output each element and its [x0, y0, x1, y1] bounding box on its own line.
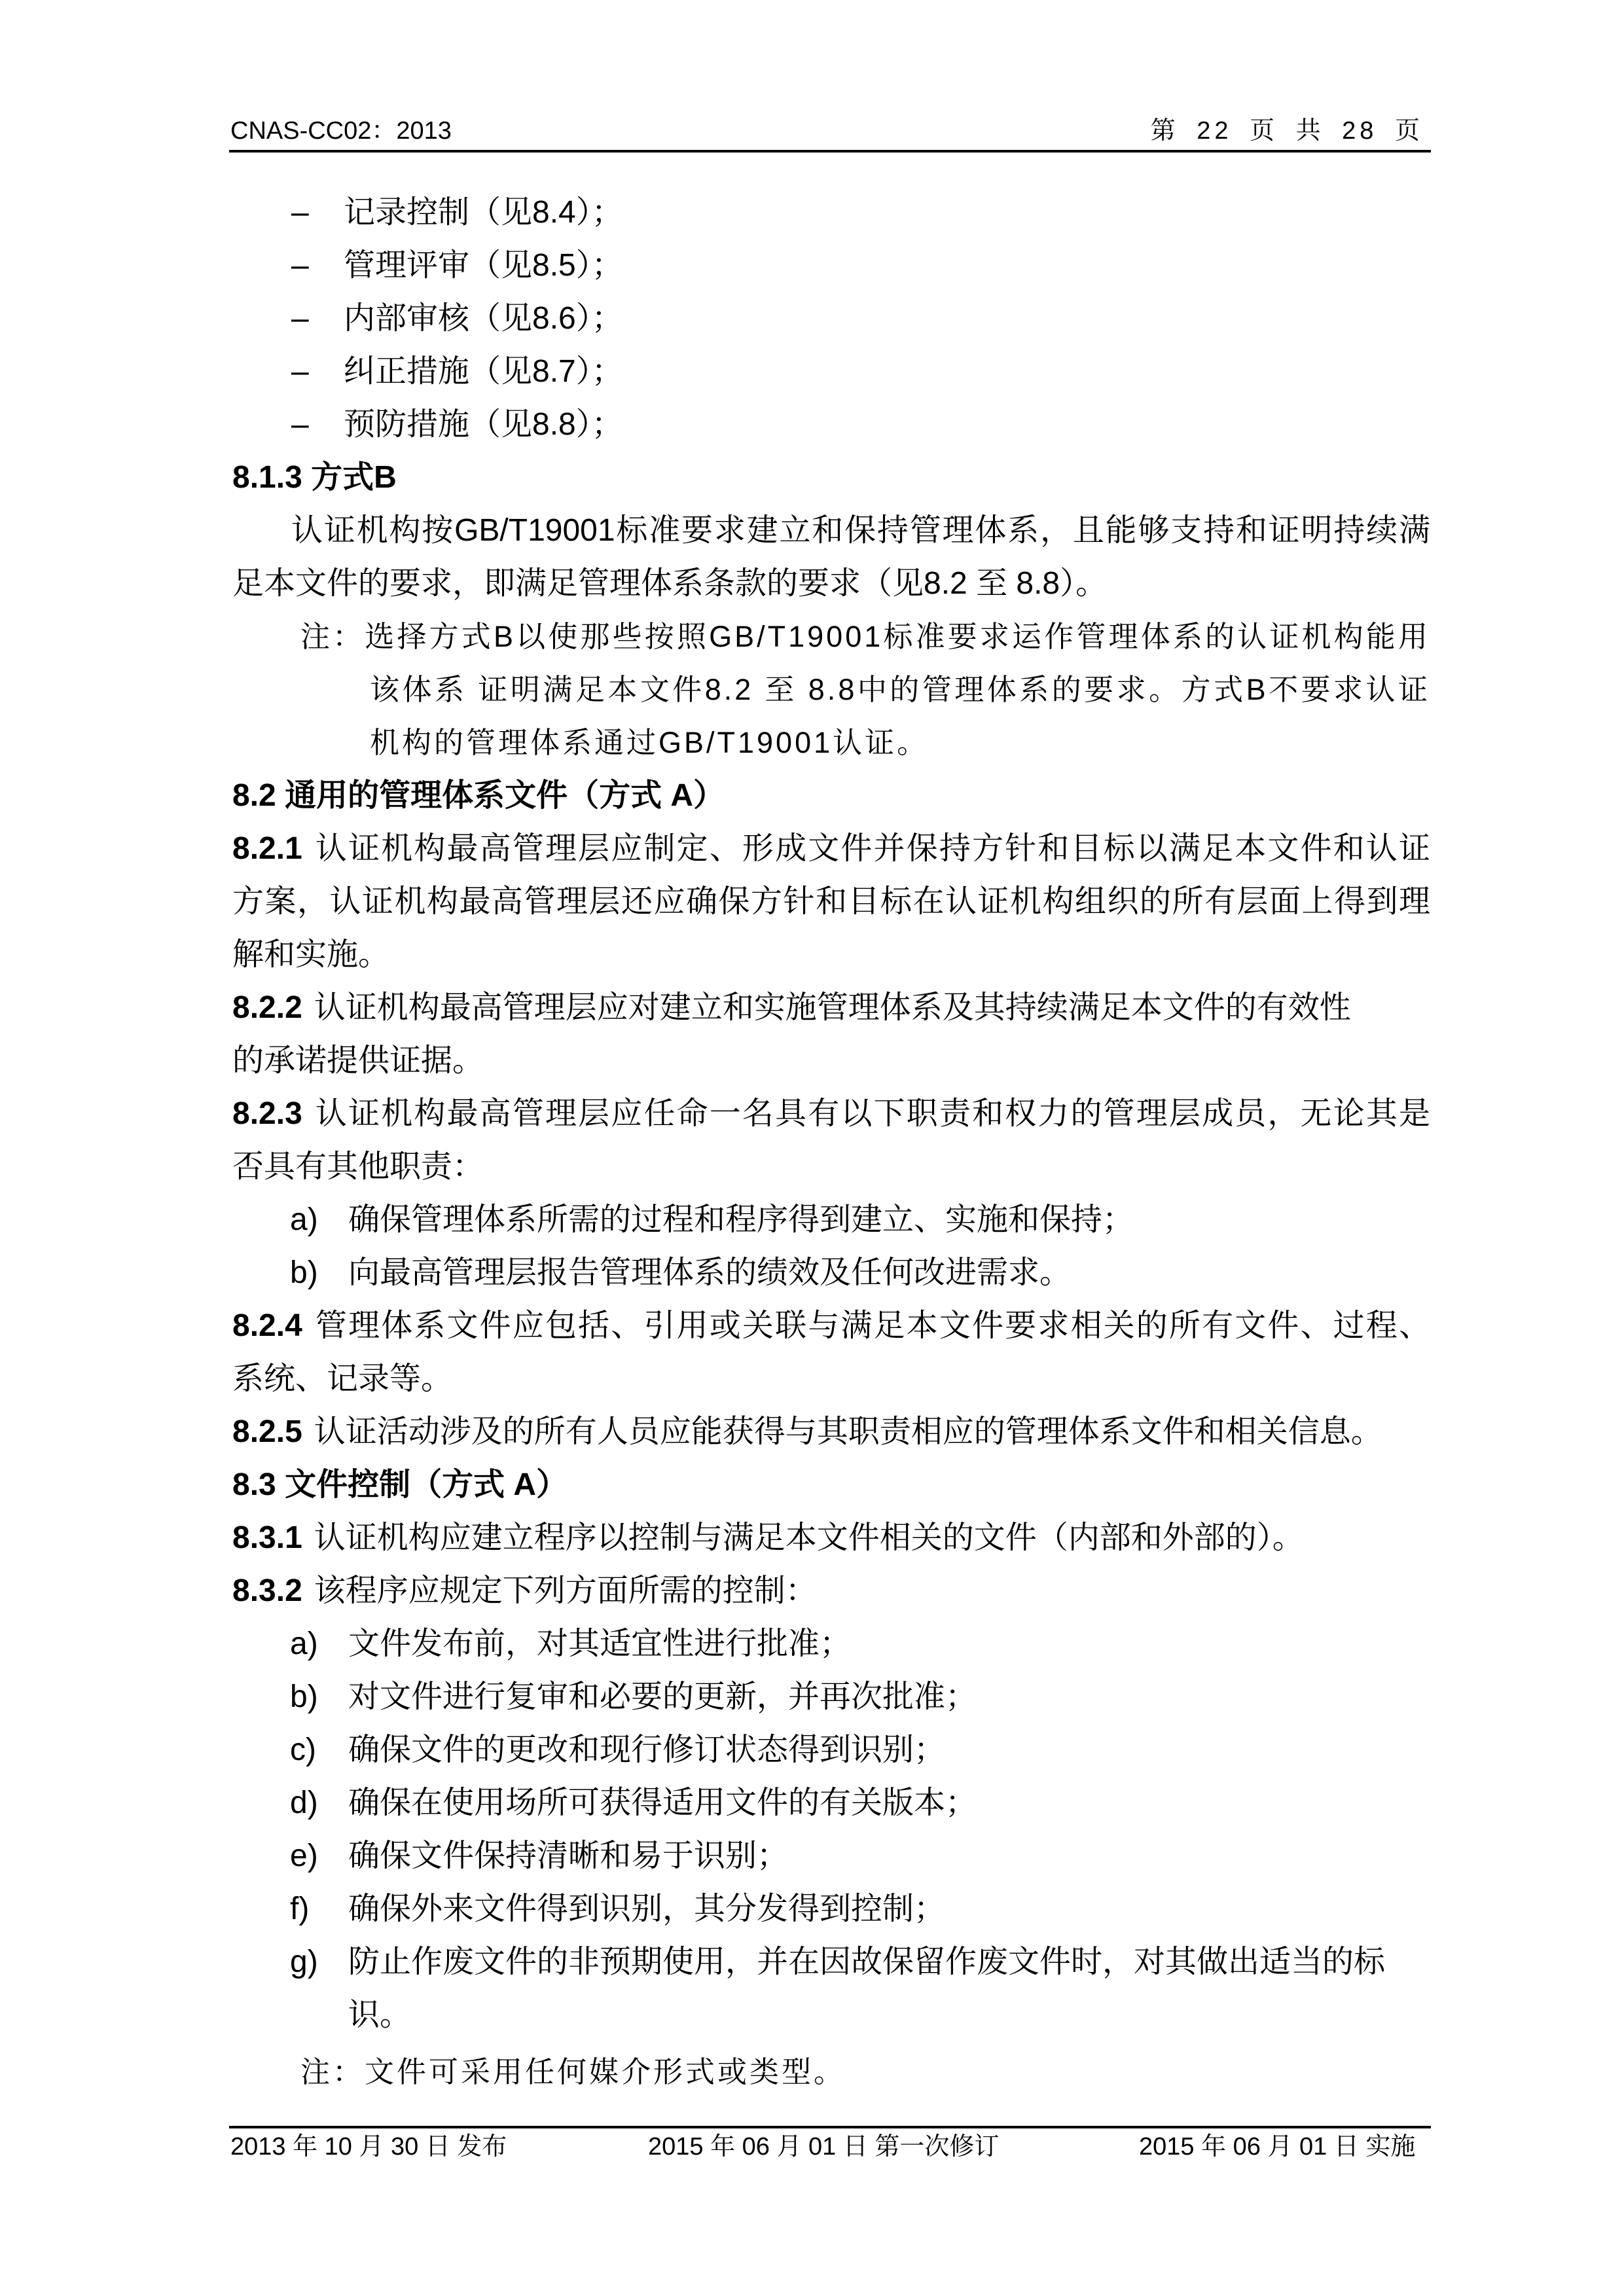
list-marker: f) [290, 1882, 309, 1935]
clause-8-2-2: 8.2.2认证机构最高管理层应对建立和实施管理体系及其持续满足本文件的有效性 [232, 981, 1430, 1034]
dash-marker: – [291, 398, 309, 451]
clause-number: 8.3.2 [232, 1573, 302, 1608]
list-marker: c) [290, 1723, 316, 1776]
list-item-text: 确保在使用场所可获得适用文件的有关版本； [348, 1776, 977, 1829]
effective-date: 2015 年 06 月 01 日 实施 [1139, 2132, 1415, 2161]
clause-8-3-1: 8.3.1认证机构应建立程序以控制与满足本文件相关的文件（内部和外部的）。 [232, 1511, 1430, 1564]
list-item-text: 确保管理体系所需的过程和程序得到建立、实施和保持； [348, 1193, 1134, 1246]
list-item-text: 向最高管理层报告管理体系的绩效及任何改进需求。 [348, 1246, 1071, 1299]
list-marker: g) [290, 1935, 318, 1988]
clause-8-2-3: 8.2.3认证机构最高管理层应任命一名具有以下职责和权力的管理层成员，无论其是 [232, 1087, 1430, 1140]
header-rule [229, 150, 1431, 152]
revision-date: 2015 年 06 月 01 日 第一次修订 [648, 2132, 999, 2161]
list-item-text: 记录控制（见8.4）； [344, 186, 623, 239]
section-heading-8-1-3: 8.1.3 方式B [232, 451, 1430, 504]
list-item-continuation: 识。 [232, 1988, 1430, 2041]
paragraph-line: 系统、记录等。 [232, 1352, 1430, 1405]
list-item: – 管理评审（见8.5）； [232, 239, 1430, 292]
list-item-text: 确保文件保持清晰和易于识别； [348, 1829, 788, 1882]
section-heading-8-3: 8.3 文件控制（方式 A） [232, 1458, 1430, 1511]
dash-marker: – [291, 292, 309, 345]
page-number: 第 22 页 共 28 页 [1151, 117, 1424, 145]
list-item-text: 确保文件的更改和现行修订状态得到识别； [348, 1723, 945, 1776]
list-marker: e) [290, 1829, 318, 1882]
clause-text: 管理体系文件应包括、引用或关联与满足本文件要求相关的所有文件、过程、 [314, 1308, 1430, 1343]
paragraph-line: 足本文件的要求，即满足管理体系条款的要求（见8.2 至 8.8）。 [232, 557, 1430, 610]
list-item: – 纠正措施（见8.7）； [232, 345, 1430, 398]
list-item: f) 确保外来文件得到识别，其分发得到控制； [232, 1882, 1430, 1935]
clause-text: 认证活动涉及的所有人员应能获得与其职责相应的管理体系文件和相关信息。 [314, 1414, 1382, 1449]
note-line: 机构的管理体系通过GB/T19001认证。 [232, 716, 1430, 769]
clause-number: 8.3.1 [232, 1520, 302, 1555]
list-item: g) 防止作废文件的非预期使用，并在因故保留作废文件时，对其做出适当的标 [232, 1935, 1430, 1988]
list-marker: b) [290, 1670, 318, 1723]
clause-number: 8.2.5 [232, 1414, 302, 1449]
list-item: b) 向最高管理层报告管理体系的绩效及任何改进需求。 [232, 1246, 1430, 1299]
list-marker: a) [290, 1193, 318, 1246]
section-heading-8-2: 8.2 通用的管理体系文件（方式 A） [232, 769, 1430, 822]
clause-text: 认证机构最高管理层应对建立和实施管理体系及其持续满足本文件的有效性 [314, 990, 1351, 1025]
list-item: e) 确保文件保持清晰和易于识别； [232, 1829, 1430, 1882]
list-item-text: 防止作废文件的非预期使用，并在因故保留作废文件时，对其做出适当的标 [348, 1935, 1385, 1988]
paragraph-line: 解和实施。 [232, 928, 1430, 981]
clause-text: 认证机构最高管理层应制定、形成文件并保持方针和目标以满足本文件和认证 [314, 831, 1430, 866]
clause-text: 该程序应规定下列方面所需的控制： [314, 1573, 817, 1608]
list-marker: b) [290, 1246, 318, 1299]
clause-8-2-1: 8.2.1认证机构最高管理层应制定、形成文件并保持方针和目标以满足本文件和认证 [232, 822, 1430, 875]
clause-number: 8.2.1 [232, 831, 302, 866]
clause-text: 认证机构最高管理层应任命一名具有以下职责和权力的管理层成员，无论其是 [314, 1096, 1430, 1131]
list-item-text: 确保外来文件得到识别，其分发得到控制； [348, 1882, 945, 1935]
list-item-text: 对文件进行复审和必要的更新，并再次批准； [348, 1670, 977, 1723]
paragraph-line: 的承诺提供证据。 [232, 1034, 1430, 1087]
list-item: – 预防措施（见8.8）； [232, 398, 1430, 451]
clause-number: 8.2.2 [232, 990, 302, 1025]
list-item: – 记录控制（见8.4）； [232, 186, 1430, 239]
list-item-text: 管理评审（见8.5）； [344, 239, 623, 292]
list-item: b) 对文件进行复审和必要的更新，并再次批准； [232, 1670, 1430, 1723]
list-item: d) 确保在使用场所可获得适用文件的有关版本； [232, 1776, 1430, 1829]
clause-8-3-2: 8.3.2该程序应规定下列方面所需的控制： [232, 1564, 1430, 1617]
paragraph-line: 方案，认证机构最高管理层还应确保方针和目标在认证机构组织的所有层面上得到理 [232, 875, 1430, 928]
clause-number: 8.2.3 [232, 1096, 302, 1131]
footer-rule [229, 2126, 1431, 2128]
clause-8-2-4: 8.2.4管理体系文件应包括、引用或关联与满足本文件要求相关的所有文件、过程、 [232, 1299, 1430, 1352]
dash-marker: – [291, 345, 309, 398]
list-item-text: 纠正措施（见8.7）； [344, 345, 623, 398]
list-item-text: 内部审核（见8.6）； [344, 292, 623, 345]
list-item-text: 文件发布前，对其适宜性进行批准； [348, 1617, 851, 1670]
dash-marker: – [291, 186, 309, 239]
list-item: a) 确保管理体系所需的过程和程序得到建立、实施和保持； [232, 1193, 1430, 1246]
note-line: 注：选择方式B以使那些按照GB/T19001标准要求运作管理体系的认证机构能用 [232, 610, 1430, 663]
list-item: a) 文件发布前，对其适宜性进行批准； [232, 1617, 1430, 1670]
paragraph-line: 认证机构按GB/T19001标准要求建立和保持管理体系，且能够支持和证明持续满 [232, 504, 1430, 557]
clause-number: 8.2.4 [232, 1308, 302, 1343]
clause-text: 认证机构应建立程序以控制与满足本文件相关的文件（内部和外部的）。 [314, 1520, 1304, 1555]
note-line: 该体系 证明满足本文件8.2 至 8.8中的管理体系的要求。方式B不要求认证 [232, 663, 1430, 716]
document-id: CNAS-CC02：2013 [230, 117, 452, 145]
list-item-text: 预防措施（见8.8）； [344, 398, 623, 451]
clause-8-2-5: 8.2.5认证活动涉及的所有人员应能获得与其职责相应的管理体系文件和相关信息。 [232, 1405, 1430, 1458]
paragraph-line: 否具有其他职责： [232, 1140, 1430, 1193]
list-item: c) 确保文件的更改和现行修订状态得到识别； [232, 1723, 1430, 1776]
document-body: – 记录控制（见8.4）； – 管理评审（见8.5）； – 内部审核（见8.6）… [232, 186, 1430, 2098]
list-item: – 内部审核（见8.6）； [232, 292, 1430, 345]
dash-marker: – [291, 239, 309, 292]
note-line: 注：文件可采用任何媒介形式或类型。 [232, 2045, 1430, 2098]
list-marker: a) [290, 1617, 318, 1670]
list-marker: d) [290, 1776, 318, 1829]
issue-date: 2013 年 10 月 30 日 发布 [230, 2132, 507, 2161]
